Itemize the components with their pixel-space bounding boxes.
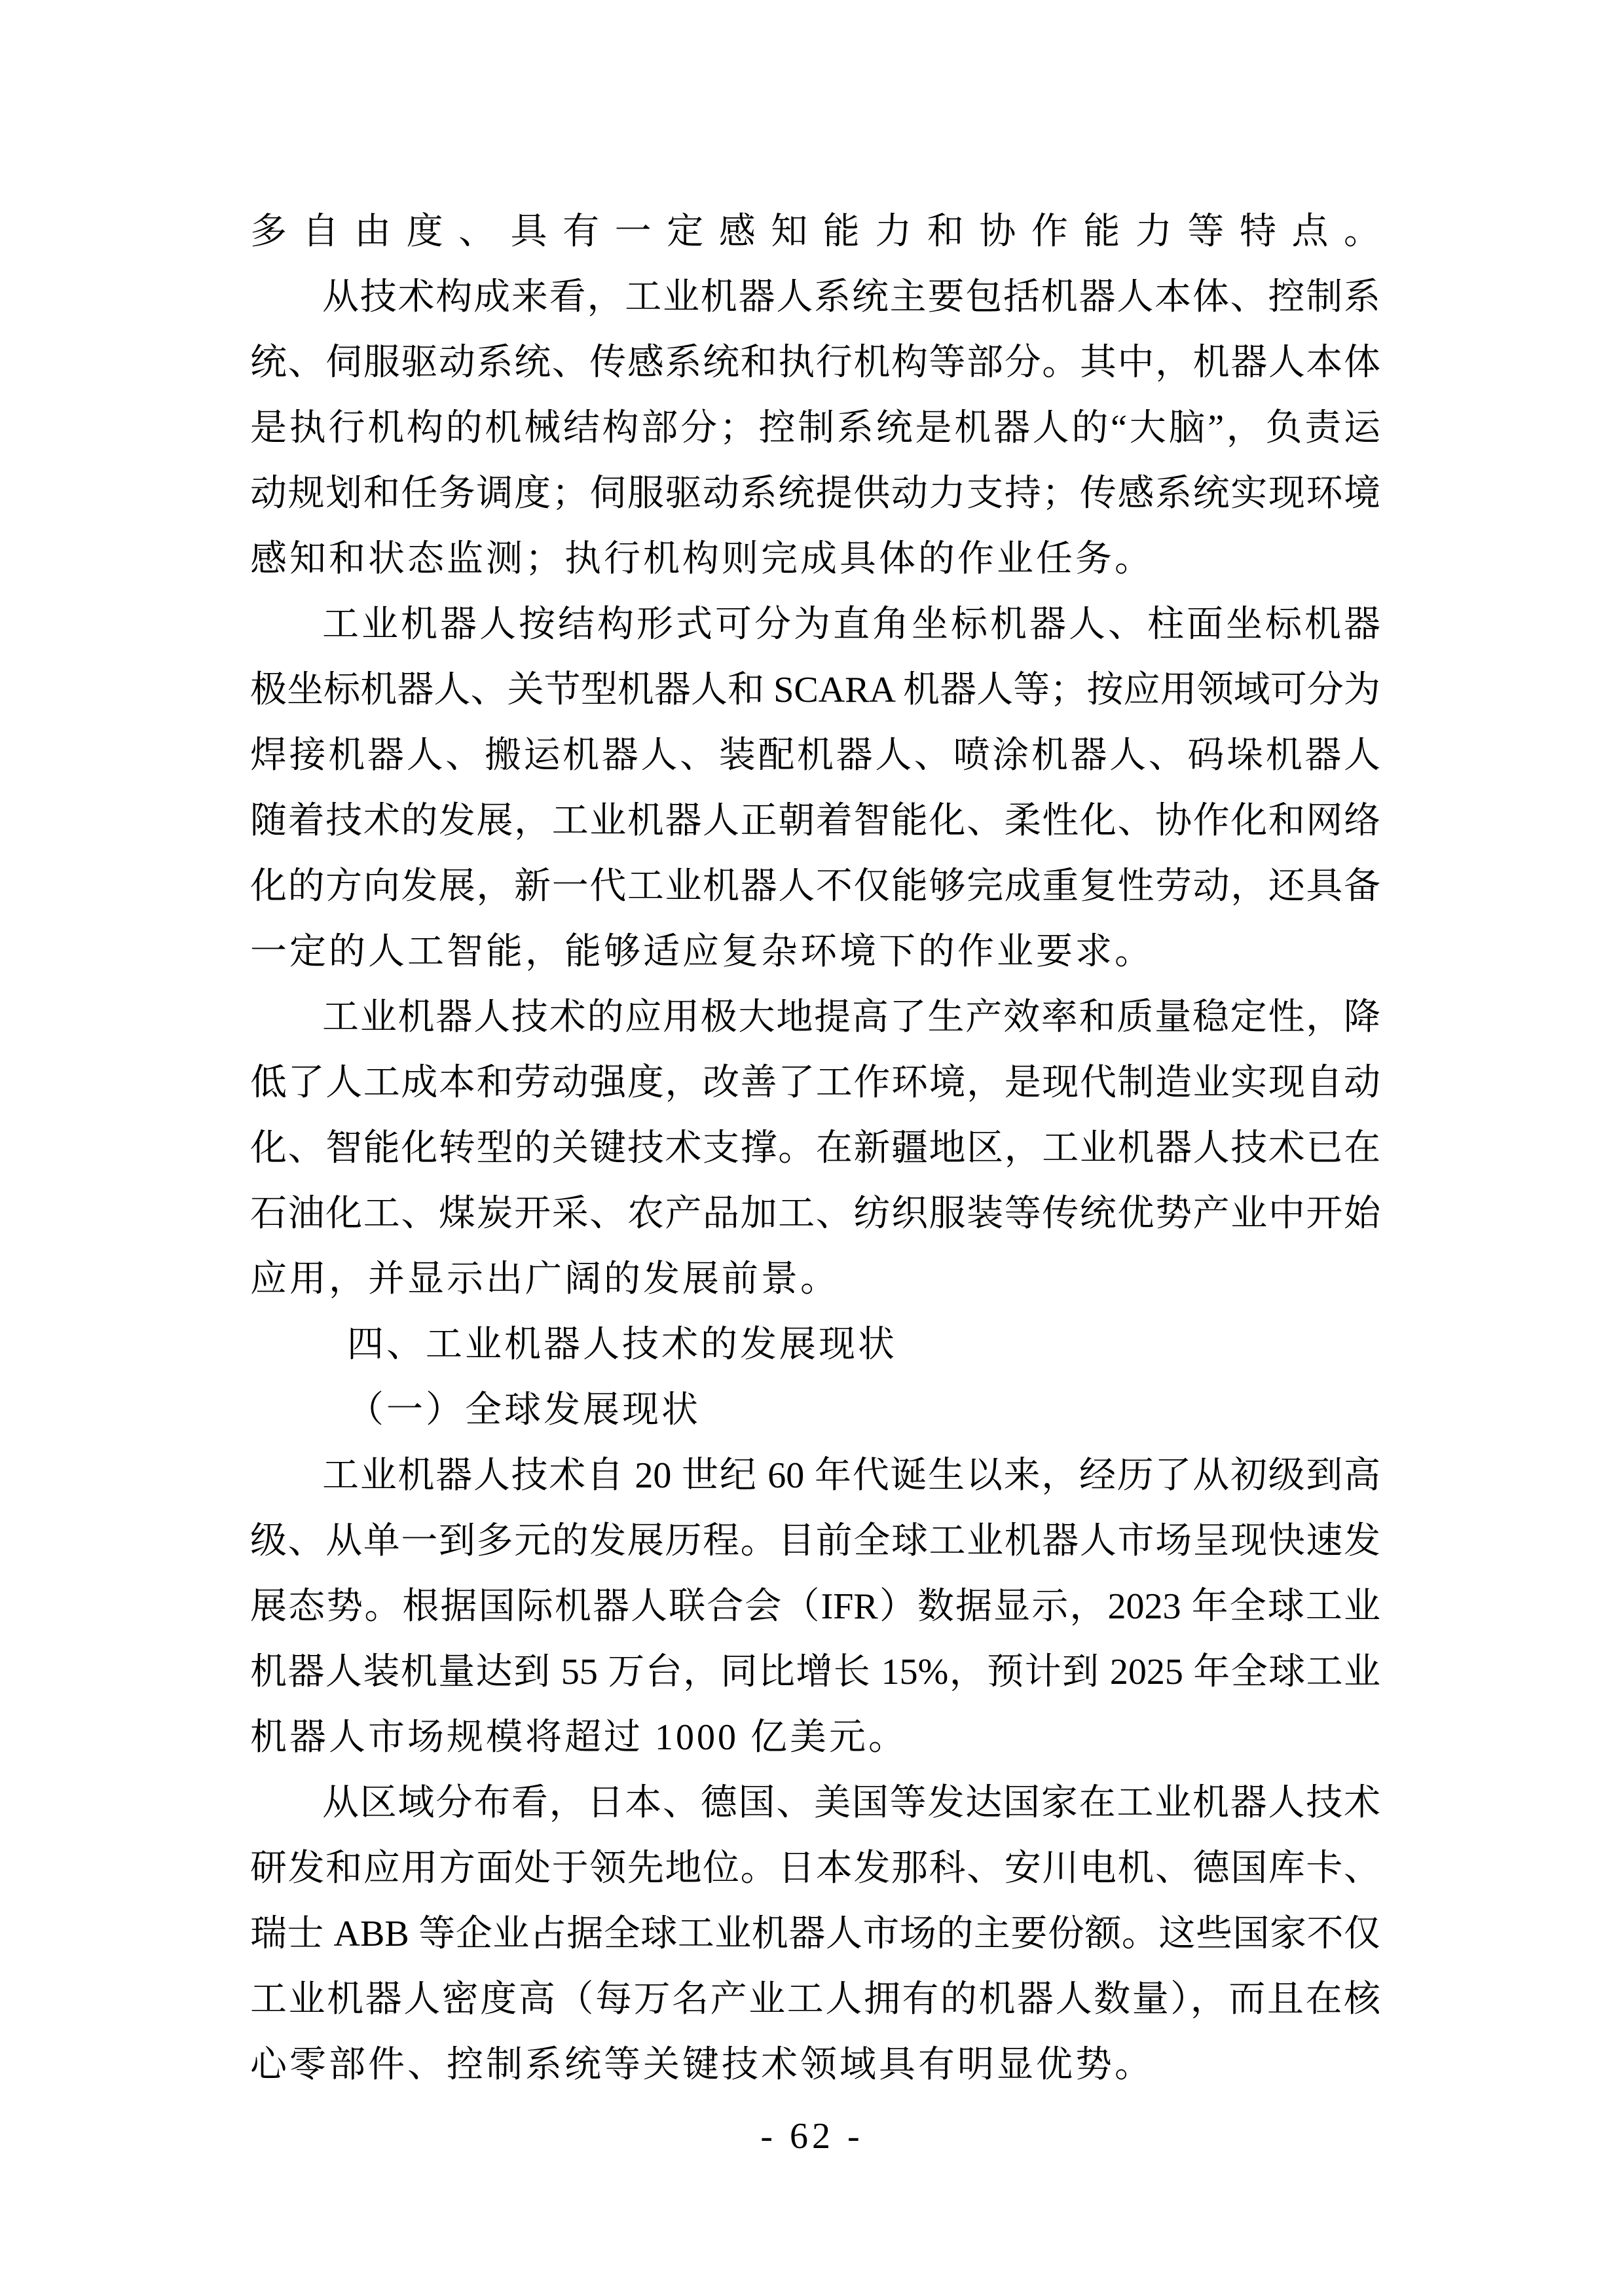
text-line: 从技术构成来看，工业机器人系统主要包括机器人本体、控制系: [250, 264, 1380, 330]
text-line: 焊接机器人、搬运机器人、装配机器人、喷涂机器人、码垛机器人等。: [250, 723, 1380, 788]
text-line: 机器人装机量达到 55 万台，同比增长 15%，预计到 2025 年全球工业: [250, 1639, 1380, 1705]
page-number: - 62 -: [0, 2102, 1624, 2171]
text-line: 工业机器人按结构形式可分为直角坐标机器人、柱面坐标机器人、: [250, 592, 1380, 657]
text-line: 随着技术的发展，工业机器人正朝着智能化、柔性化、协作化和网络: [250, 788, 1380, 854]
text-line: 工业机器人技术自 20 世纪 60 年代诞生以来，经历了从初级到高: [250, 1443, 1380, 1508]
text-line: 心零部件、控制系统等关键技术领域具有明显优势。: [250, 2032, 1380, 2098]
text-line: 是执行机构的机械结构部分；控制系统是机器人的“大脑”，负责运: [250, 395, 1380, 461]
text-line: 一定的人工智能，能够适应复杂环境下的作业要求。: [250, 919, 1380, 985]
text-line: （一）全球发展现状: [250, 1377, 1380, 1443]
text-line: 极坐标机器人、关节型机器人和 SCARA 机器人等；按应用领域可分为: [250, 657, 1380, 723]
text-line: 动规划和任务调度；伺服驱动系统提供动力支持；传感系统实现环境: [250, 461, 1380, 526]
text-line: 四、工业机器人技术的发展现状: [250, 1312, 1380, 1377]
text-line: 化的方向发展，新一代工业机器人不仅能够完成重复性劳动，还具备: [250, 854, 1380, 919]
text-line: 机器人市场规模将超过 1000 亿美元。: [250, 1705, 1380, 1770]
document-page: 多自由度、具有一定感知能力和协作能力等特点。从技术构成来看，工业机器人系统主要包…: [0, 0, 1624, 2296]
text-line: 应用，并显示出广阔的发展前景。: [250, 1247, 1380, 1312]
text-line: 级、从单一到多元的发展历程。目前全球工业机器人市场呈现快速发: [250, 1508, 1380, 1574]
text-line: 瑞士 ABB 等企业占据全球工业机器人市场的主要份额。这些国家不仅: [250, 1901, 1380, 1967]
page-body-text: 多自由度、具有一定感知能力和协作能力等特点。从技术构成来看，工业机器人系统主要包…: [250, 199, 1380, 2098]
text-line: 研发和应用方面处于领先地位。日本发那科、安川电机、德国库卡、: [250, 1836, 1380, 1901]
text-line: 工业机器人密度高（每万名产业工人拥有的机器人数量），而且在核: [250, 1967, 1380, 2032]
text-line: 统、伺服驱动系统、传感系统和执行机构等部分。其中，机器人本体: [250, 330, 1380, 395]
text-line: 低了人工成本和劳动强度，改善了工作环境，是现代制造业实现自动: [250, 1050, 1380, 1116]
text-line: 展态势。根据国际机器人联合会（IFR）数据显示，2023 年全球工业: [250, 1574, 1380, 1639]
text-line: 感知和状态监测；执行机构则完成具体的作业任务。: [250, 526, 1380, 592]
text-line: 石油化工、煤炭开采、农产品加工、纺织服装等传统优势产业中开始: [250, 1181, 1380, 1247]
text-line: 化、智能化转型的关键技术支撑。在新疆地区，工业机器人技术已在: [250, 1116, 1380, 1181]
text-line: 从区域分布看，日本、德国、美国等发达国家在工业机器人技术: [250, 1770, 1380, 1836]
text-line: 工业机器人技术的应用极大地提高了生产效率和质量稳定性，降: [250, 985, 1380, 1050]
text-line: 多自由度、具有一定感知能力和协作能力等特点。: [250, 199, 1380, 264]
